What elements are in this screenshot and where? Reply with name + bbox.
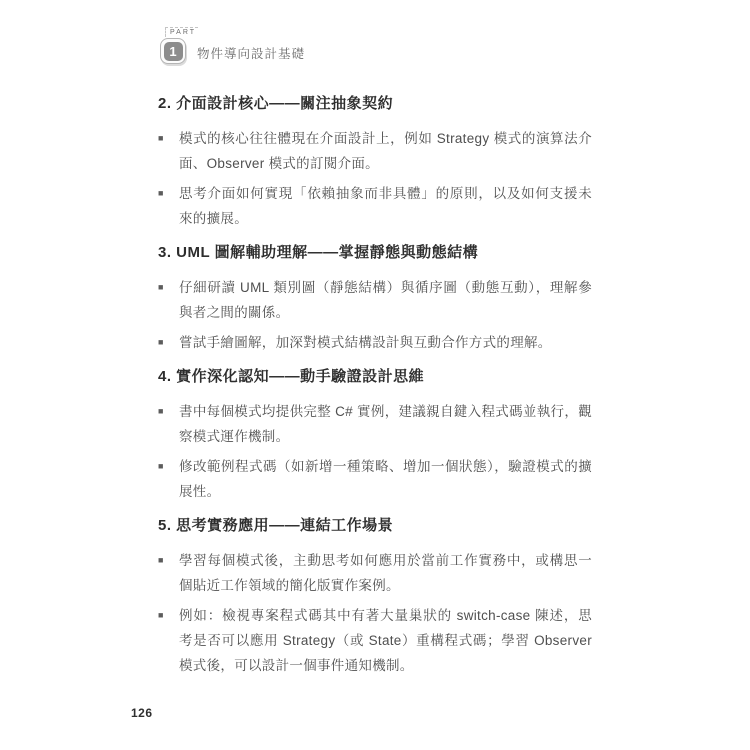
- square-bullet-icon: ■: [158, 330, 179, 355]
- section-bullet-list: ■ 仔細研讀 UML 類別圖（靜態結構）與循序圖（動態互動），理解參與者之間的關…: [158, 275, 592, 355]
- section-heading: 2. 介面設計核心——關注抽象契約: [158, 92, 592, 116]
- section-bullet-list: ■ 模式的核心往往體現在介面設計上，例如 Strategy 模式的演算法介面、O…: [158, 126, 592, 231]
- list-item-text: 修改範例程式碼（如新增一種策略、增加一個狀態），驗證模式的擴展性。: [179, 454, 592, 504]
- section-heading: 5. 思考實務應用——連結工作場景: [158, 514, 592, 538]
- list-item-text: 例如：檢視專案程式碼其中有著大量巢狀的 switch-case 陳述，思考是否可…: [179, 603, 592, 678]
- section-heading: 3. UML 圖解輔助理解——掌握靜態與動態結構: [158, 241, 592, 265]
- list-item-text: 學習每個模式後，主動思考如何應用於當前工作實務中，或構思一個貼近工作領域的簡化版…: [179, 548, 592, 598]
- list-item-text: 思考介面如何實現「依賴抽象而非具體」的原則，以及如何支援未來的擴展。: [179, 181, 592, 231]
- square-bullet-icon: ■: [158, 548, 179, 598]
- square-bullet-icon: ■: [158, 275, 179, 325]
- section: 2. 介面設計核心——關注抽象契約 ■ 模式的核心往往體現在介面設計上，例如 S…: [158, 92, 592, 231]
- part-number: 1: [164, 42, 183, 61]
- part-label: PART: [165, 27, 198, 37]
- list-item-text: 書中每個模式均提供完整 C# 實例，建議親自鍵入程式碼並執行，觀察模式運作機制。: [179, 399, 592, 449]
- list-item: ■ 修改範例程式碼（如新增一種策略、增加一個狀態），驗證模式的擴展性。: [158, 454, 592, 504]
- square-bullet-icon: ■: [158, 454, 179, 504]
- square-bullet-icon: ■: [158, 126, 179, 176]
- list-item: ■ 嘗試手繪圖解，加深對模式結構設計與互動合作方式的理解。: [158, 330, 592, 355]
- page-content: 2. 介面設計核心——關注抽象契約 ■ 模式的核心往往體現在介面設計上，例如 S…: [158, 92, 592, 688]
- section: 3. UML 圖解輔助理解——掌握靜態與動態結構 ■ 仔細研讀 UML 類別圖（…: [158, 241, 592, 355]
- part-title: 物件導向設計基礎: [197, 44, 305, 62]
- list-item-text: 嘗試手繪圖解，加深對模式結構設計與互動合作方式的理解。: [179, 330, 592, 355]
- list-item: ■ 模式的核心往往體現在介面設計上，例如 Strategy 模式的演算法介面、O…: [158, 126, 592, 176]
- section: 5. 思考實務應用——連結工作場景 ■ 學習每個模式後，主動思考如何應用於當前工…: [158, 514, 592, 678]
- page-number: 126: [131, 706, 153, 720]
- square-bullet-icon: ■: [158, 399, 179, 449]
- list-item: ■ 思考介面如何實現「依賴抽象而非具體」的原則，以及如何支援未來的擴展。: [158, 181, 592, 231]
- list-item: ■ 仔細研讀 UML 類別圖（靜態結構）與循序圖（動態互動），理解參與者之間的關…: [158, 275, 592, 325]
- list-item: ■ 例如：檢視專案程式碼其中有著大量巢狀的 switch-case 陳述，思考是…: [158, 603, 592, 678]
- book-page: PART 1 物件導向設計基礎 2. 介面設計核心——關注抽象契約 ■ 模式的核…: [0, 0, 750, 750]
- list-item-text: 仔細研讀 UML 類別圖（靜態結構）與循序圖（動態互動），理解參與者之間的關係。: [179, 275, 592, 325]
- section: 4. 實作深化認知——動手驗證設計思維 ■ 書中每個模式均提供完整 C# 實例，…: [158, 365, 592, 504]
- section-bullet-list: ■ 書中每個模式均提供完整 C# 實例，建議親自鍵入程式碼並執行，觀察模式運作機…: [158, 399, 592, 504]
- square-bullet-icon: ■: [158, 181, 179, 231]
- part-badge: PART 1: [160, 27, 198, 64]
- section-heading: 4. 實作深化認知——動手驗證設計思維: [158, 365, 592, 389]
- section-bullet-list: ■ 學習每個模式後，主動思考如何應用於當前工作實務中，或構思一個貼近工作領域的簡…: [158, 548, 592, 678]
- part-number-keycap-icon: 1: [160, 38, 186, 64]
- list-item: ■ 學習每個模式後，主動思考如何應用於當前工作實務中，或構思一個貼近工作領域的簡…: [158, 548, 592, 598]
- list-item: ■ 書中每個模式均提供完整 C# 實例，建議親自鍵入程式碼並執行，觀察模式運作機…: [158, 399, 592, 449]
- square-bullet-icon: ■: [158, 603, 179, 678]
- list-item-text: 模式的核心往往體現在介面設計上，例如 Strategy 模式的演算法介面、Obs…: [179, 126, 592, 176]
